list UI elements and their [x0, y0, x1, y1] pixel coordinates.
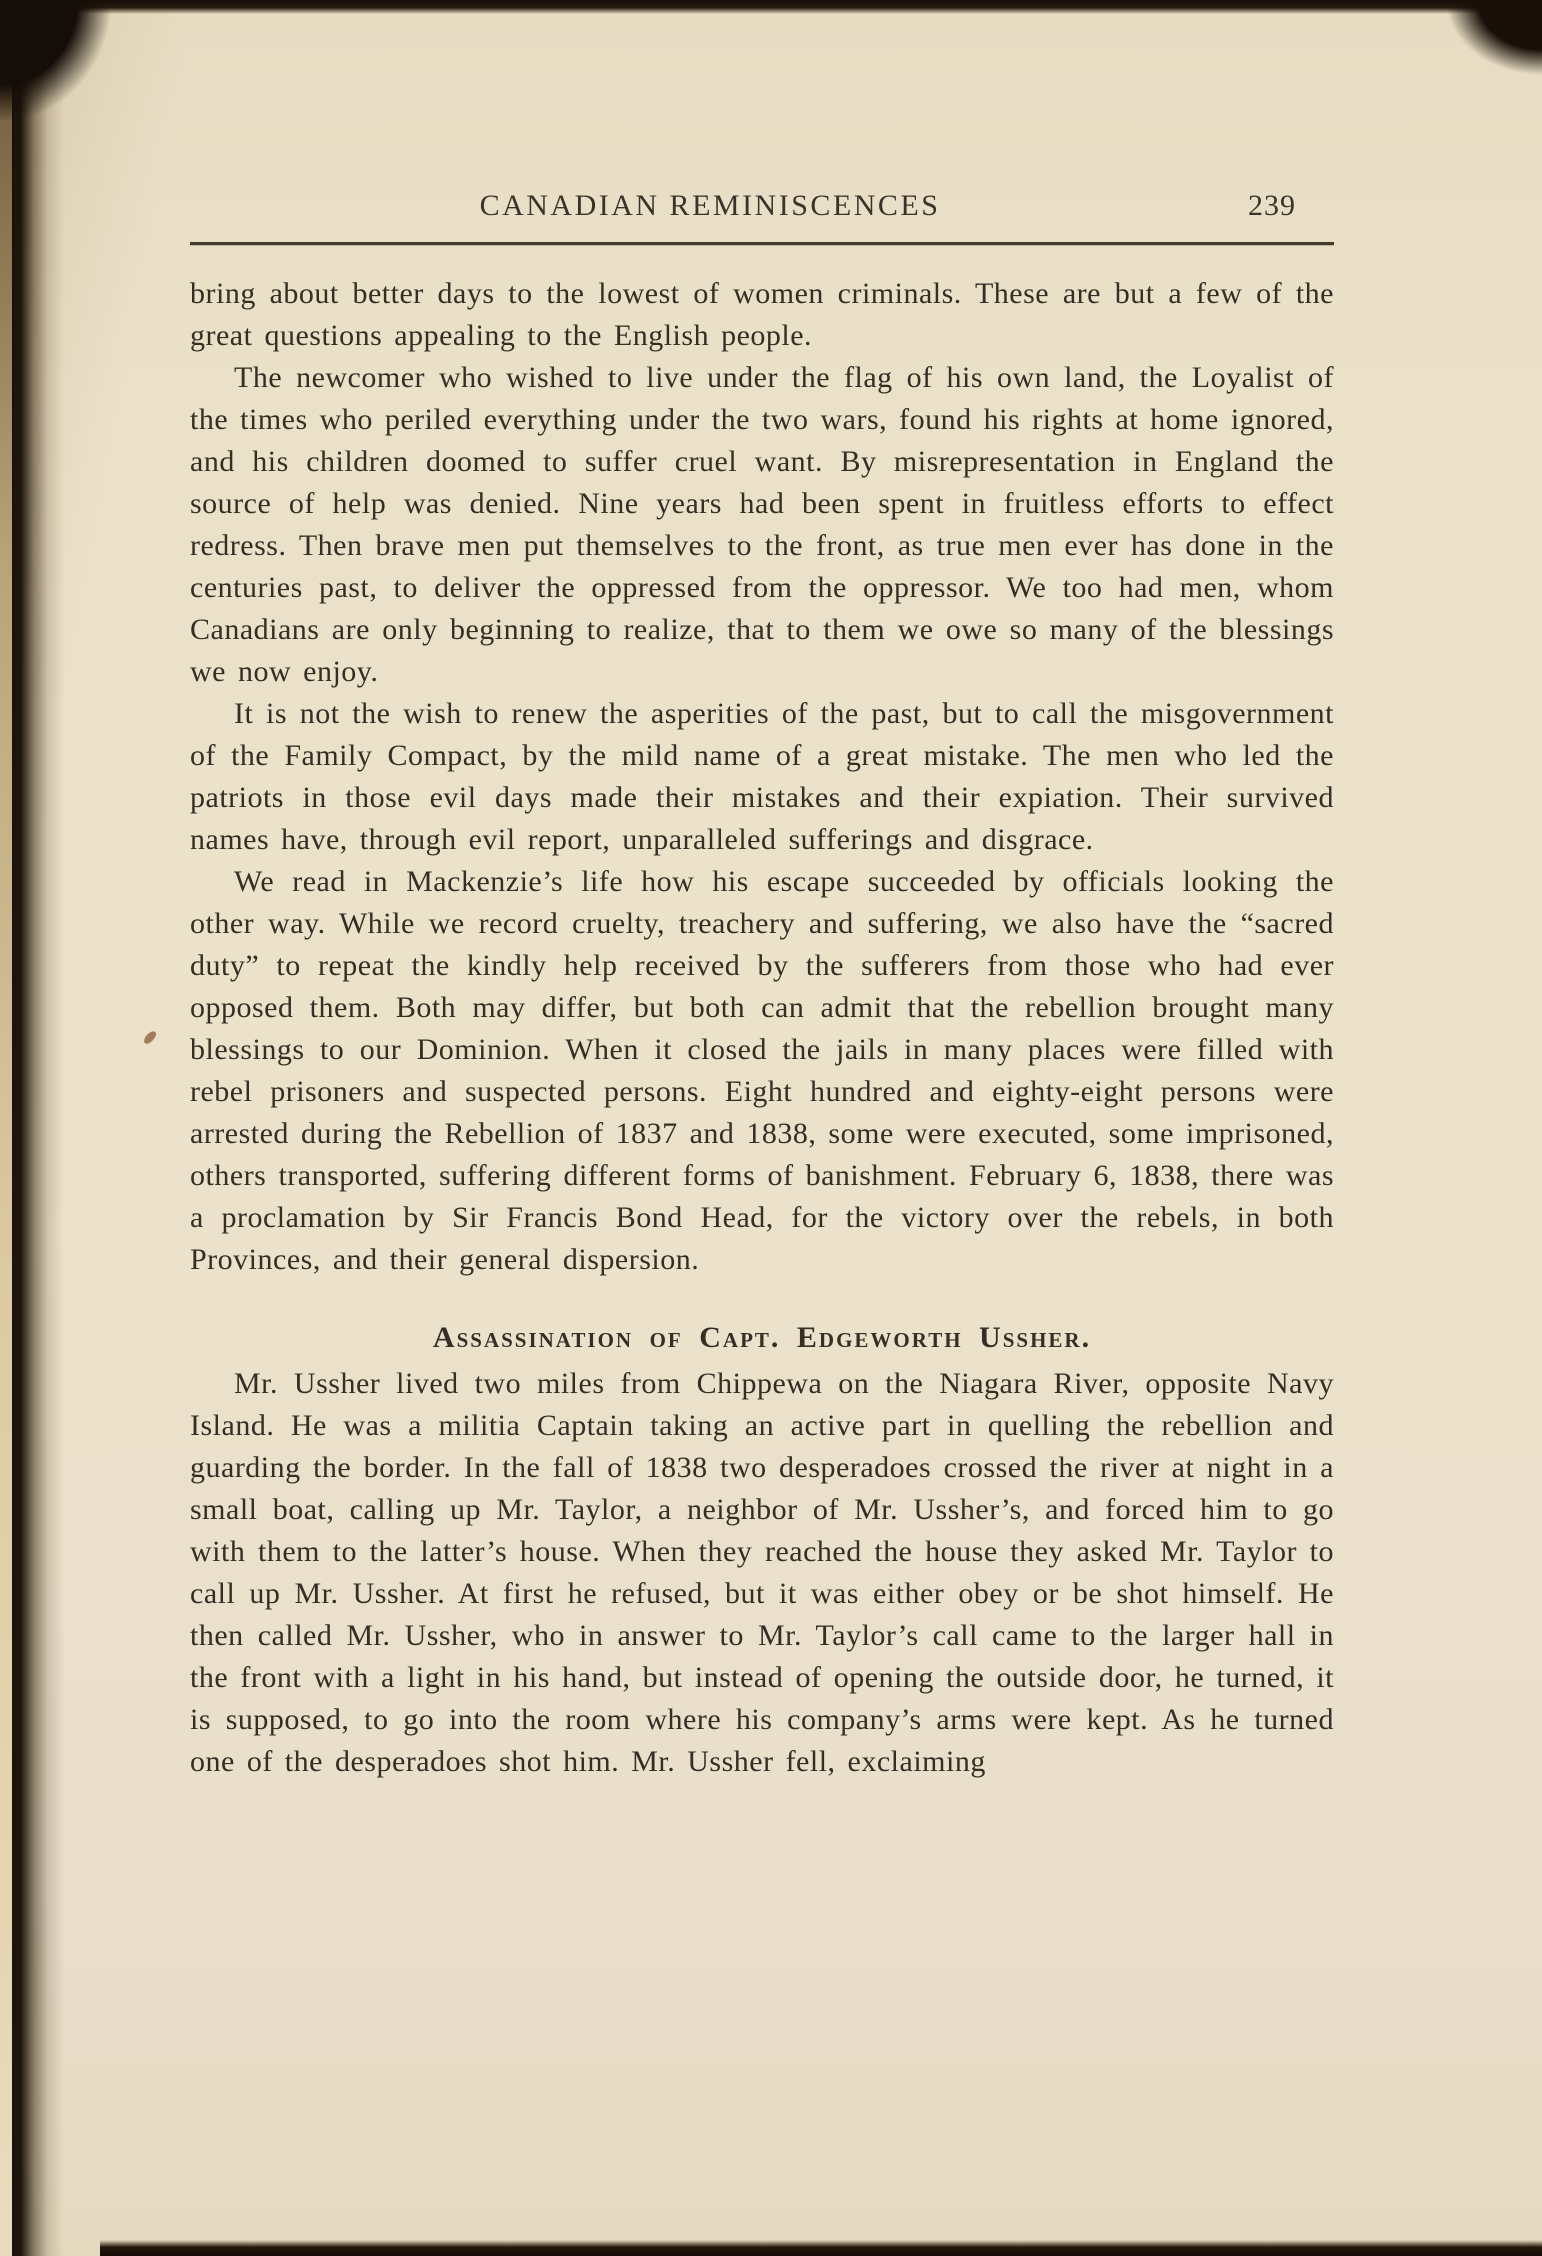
scan-top-edge [0, 0, 1542, 14]
book-page-scan: CANADIAN REMINISCENCES 239 bring about b… [0, 0, 1542, 2256]
page-header: CANADIAN REMINISCENCES 239 [190, 188, 1334, 232]
paragraph-ussher: Mr. Ussher lived two miles from Chippewa… [190, 1363, 1334, 1783]
scan-top-left-corner [0, 0, 110, 120]
running-head-title: CANADIAN REMINISCENCES [480, 188, 941, 224]
paragraph-mackenzie-rebellion: We read in Mackenzie’s life how his esca… [190, 861, 1334, 1281]
section-heading: Assassination of Capt. Edgeworth Ussher. [190, 1321, 1334, 1355]
scan-top-right-corner [1442, 0, 1542, 78]
paragraph-newcomer: The newcomer who wished to live under th… [190, 357, 1334, 693]
paragraph-family-compact: It is not the wish to renew the asperiti… [190, 693, 1334, 861]
header-rule [190, 242, 1334, 245]
book-gutter-shadow [12, 0, 64, 2256]
paragraph-continuation: bring about better days to the lowest of… [190, 273, 1334, 357]
page-number: 239 [1248, 188, 1296, 224]
paper-stain [142, 1029, 158, 1046]
page-content: CANADIAN REMINISCENCES 239 bring about b… [190, 188, 1334, 1783]
scan-bottom-edge [100, 2240, 1542, 2256]
